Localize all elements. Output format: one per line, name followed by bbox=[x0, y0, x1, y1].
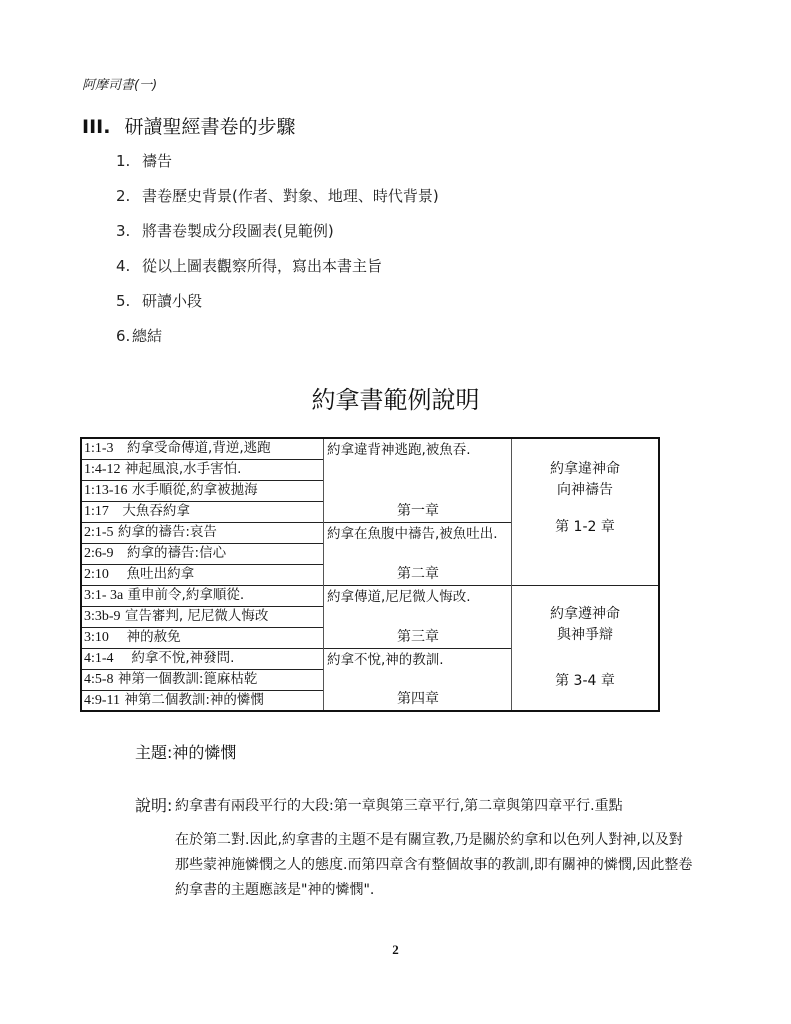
passage-ref: 3:3b-9 bbox=[84, 609, 121, 624]
section-heading: III.研讀聖經書卷的步驟 bbox=[82, 112, 295, 139]
passage-text: 神第一個教訓:篦麻枯乾 bbox=[114, 671, 258, 687]
chapter-summary: 約拿違背神逃跑,被魚吞. bbox=[327, 440, 508, 460]
theme-label: 主題: bbox=[135, 743, 172, 762]
section-line-2: 向神禱告 bbox=[512, 480, 658, 501]
step-text: 禱告 bbox=[142, 148, 172, 183]
passage-row: 2:10 魚吐出約拿 bbox=[82, 565, 323, 586]
passage-ref: 1:17 bbox=[84, 504, 109, 519]
step-text: 研讀小段 bbox=[142, 288, 202, 323]
step-item: 4.從以上圖表觀察所得，寫出本書主旨 bbox=[116, 253, 439, 288]
passage-text: 約拿不悅,神發問. bbox=[114, 650, 235, 666]
passage-text: 神第二個教訓:神的憐憫 bbox=[120, 692, 264, 708]
passage-ref: 2:10 bbox=[84, 567, 109, 582]
section-title: 研讀聖經書卷的步驟 bbox=[124, 116, 295, 138]
passage-row: 1:17 大魚吞約拿 bbox=[82, 502, 323, 523]
section-line-1: 約拿遵神命 bbox=[512, 604, 658, 625]
step-item: 3.將書卷製成分段圖表(見範例) bbox=[116, 218, 439, 253]
step-item: 6.總結 bbox=[116, 323, 439, 358]
step-text: 書卷歷史背景(作者、對象、地理、時代背景) bbox=[142, 183, 439, 218]
chapters-column: 約拿違背神逃跑,被魚吞. 第一章 約拿在魚腹中禱告,被魚吐出. 第二章 約拿傳道… bbox=[323, 439, 512, 710]
passage-row: 3:10 神的赦免 bbox=[82, 628, 323, 649]
chapter-summary: 約拿傳道,尼尼微人悔改. bbox=[327, 587, 508, 607]
passage-ref: 1:1-3 bbox=[84, 441, 114, 456]
page-number: 2 bbox=[0, 942, 791, 958]
step-text: 將書卷製成分段圖表(見範例) bbox=[142, 218, 334, 253]
passage-row: 3:3b-9 宣告審判, 尼尼微人悔改 bbox=[82, 607, 323, 628]
passage-row: 4:9-11 神第二個教訓:神的憐憫 bbox=[82, 691, 323, 712]
passage-ref: 3:10 bbox=[84, 630, 109, 645]
step-number: 2. bbox=[116, 183, 142, 218]
step-number: 5. bbox=[116, 288, 142, 323]
passage-ref: 4:1-4 bbox=[84, 651, 114, 666]
passage-ref: 2:6-9 bbox=[84, 546, 114, 561]
passage-ref: 4:9-11 bbox=[84, 693, 120, 708]
passage-row: 4:1-4 約拿不悅,神發問. bbox=[82, 649, 323, 670]
passage-text: 水手順從,約拿被拋海 bbox=[128, 482, 258, 498]
section-line-2: 與神爭辯 bbox=[512, 625, 658, 646]
section-cell: 約拿遵神命 與神爭辯 第 3-4 章 bbox=[512, 586, 658, 710]
chapter-cell: 約拿在魚腹中禱告,被魚吐出. 第二章 bbox=[324, 523, 512, 586]
passages-column: 1:1-3 約拿受命傳道,背逆,逃跑 1:4-12 神起風浪,水手害怕. 1:1… bbox=[82, 439, 323, 710]
passage-ref: 1:13-16 bbox=[84, 483, 128, 498]
passage-text: 大魚吞約拿 bbox=[109, 503, 190, 519]
passage-row: 4:5-8 神第一個教訓:篦麻枯乾 bbox=[82, 670, 323, 691]
step-number: 1. bbox=[116, 148, 142, 183]
step-item: 2.書卷歷史背景(作者、對象、地理、時代背景) bbox=[116, 183, 439, 218]
passage-row: 2:1-5 約拿的禱告:哀告 bbox=[82, 523, 323, 544]
chapter-label: 第四章 bbox=[324, 688, 512, 708]
passage-text: 約拿的禱告:哀告 bbox=[114, 524, 217, 540]
step-text: 從以上圖表觀察所得，寫出本書主旨 bbox=[142, 253, 382, 288]
running-head: 阿摩司書(一) bbox=[82, 74, 157, 93]
section-number: III. bbox=[82, 116, 110, 138]
chapter-cell: 約拿傳道,尼尼微人悔改. 第三章 bbox=[324, 586, 512, 649]
section-cell: 約拿違神命 向神禱告 第 1-2 章 bbox=[512, 439, 658, 586]
passage-ref: 3:1- 3a bbox=[84, 588, 123, 603]
explanation-label: 說明: bbox=[135, 793, 172, 816]
passage-text: 魚吐出約拿 bbox=[109, 566, 194, 582]
step-item: 1.禱告 bbox=[116, 148, 439, 183]
step-number: 4. bbox=[116, 253, 142, 288]
passage-text: 宣告審判, 尼尼微人悔改 bbox=[121, 608, 269, 624]
chapter-label: 第一章 bbox=[324, 500, 512, 520]
step-number: 6. bbox=[116, 323, 132, 358]
chapter-summary: 約拿不悅,神的教訓. bbox=[327, 650, 508, 670]
chapter-cell: 約拿違背神逃跑,被魚吞. 第一章 bbox=[324, 439, 512, 523]
example-title: 約拿書範例說明 bbox=[0, 380, 791, 415]
passage-row: 3:1- 3a 重申前令,約拿順從. bbox=[82, 586, 323, 607]
sections-column: 約拿違神命 向神禱告 第 1-2 章 約拿遵神命 與神爭辯 第 3-4 章 bbox=[511, 439, 658, 710]
passage-ref: 4:5-8 bbox=[84, 672, 114, 687]
section-line-1: 約拿違神命 bbox=[512, 459, 658, 480]
chapter-label: 第二章 bbox=[324, 563, 512, 583]
passage-row: 2:6-9 約拿的禱告:信心 bbox=[82, 544, 323, 565]
passage-text: 重申前令,約拿順從. bbox=[123, 587, 244, 603]
theme: 主題:神的憐憫 bbox=[135, 740, 236, 763]
chapter-cell: 約拿不悅,神的教訓. 第四章 bbox=[324, 649, 512, 710]
chapter-label: 第三章 bbox=[324, 626, 512, 646]
theme-value: 神的憐憫 bbox=[172, 743, 236, 762]
chapter-summary: 約拿在魚腹中禱告,被魚吐出. bbox=[327, 524, 508, 544]
passage-ref: 1:4-12 bbox=[84, 462, 121, 477]
passage-ref: 2:1-5 bbox=[84, 525, 114, 540]
step-number: 3. bbox=[116, 218, 142, 253]
explanation-body: 在於第二對.因此,約拿書的主題不是有關宣教,乃是關於約拿和以色列人對神,以及對那… bbox=[175, 828, 695, 903]
passage-row: 1:4-12 神起風浪,水手害怕. bbox=[82, 460, 323, 481]
passage-text: 神起風浪,水手害怕. bbox=[121, 461, 242, 477]
explanation-first-line: 約拿書有兩段平行的大段:第一章與第三章平行,第二章與第四章平行.重點 bbox=[175, 795, 623, 815]
book-chart-table: 1:1-3 約拿受命傳道,背逆,逃跑 1:4-12 神起風浪,水手害怕. 1:1… bbox=[80, 437, 660, 712]
section-range: 第 3-4 章 bbox=[512, 670, 658, 690]
passage-row: 1:1-3 約拿受命傳道,背逆,逃跑 bbox=[82, 439, 323, 460]
passage-text: 約拿受命傳道,背逆,逃跑 bbox=[114, 440, 271, 456]
passage-row: 1:13-16 水手順從,約拿被拋海 bbox=[82, 481, 323, 502]
steps-list: 1.禱告 2.書卷歷史背景(作者、對象、地理、時代背景) 3.將書卷製成分段圖表… bbox=[116, 148, 439, 358]
passage-text: 神的赦免 bbox=[109, 629, 181, 645]
section-range: 第 1-2 章 bbox=[512, 516, 658, 536]
passage-text: 約拿的禱告:信心 bbox=[114, 545, 227, 561]
step-text: 總結 bbox=[132, 323, 162, 358]
step-item: 5.研讀小段 bbox=[116, 288, 439, 323]
